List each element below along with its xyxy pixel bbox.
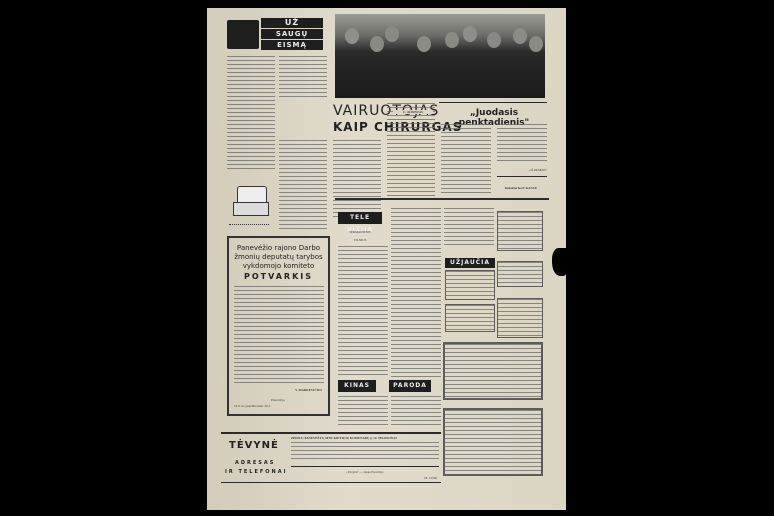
decree-place: Panevėžys, bbox=[234, 398, 322, 402]
feature-text-col2 bbox=[333, 140, 381, 220]
group-photo bbox=[335, 14, 545, 98]
tv-col2 bbox=[391, 208, 441, 378]
tv-banner: TELE VIZIJA bbox=[338, 212, 382, 224]
condolence-box-3 bbox=[497, 211, 543, 251]
article-right-col1 bbox=[441, 124, 491, 196]
cinema-text bbox=[338, 396, 388, 426]
page-damage bbox=[552, 248, 568, 276]
newspaper-page: UŽ SAUGŲ EISMĄ VAIRUOTOJAS KAIP CHIRURGA… bbox=[207, 8, 566, 510]
decree-date: 1971 m. gruodžio mėn. 20 d. bbox=[234, 404, 322, 408]
feature-byline: C. ALBINTAS bbox=[393, 110, 433, 114]
tv-col1 bbox=[338, 246, 388, 376]
cinema-banner: KINAS bbox=[338, 380, 376, 392]
footer-phones-label: IR TELEFONAI bbox=[225, 469, 287, 475]
footer-info: ZEDIJA: PANEVĖŽYS, MTP. KIETIŲJŲ KOMUNAR… bbox=[291, 436, 439, 440]
car-icon bbox=[227, 20, 259, 49]
footer-number: Nr. 10500 bbox=[397, 476, 437, 480]
logo-line3: EISMĄ bbox=[261, 40, 323, 50]
condolences-banner: UŽJAUČIA bbox=[445, 258, 495, 268]
condolence-box-1 bbox=[445, 270, 495, 300]
exhibition-text bbox=[391, 396, 441, 426]
tv-day-1: SEKMADIENIS bbox=[338, 230, 382, 234]
newspaper-name: TĖVYNĖ bbox=[229, 440, 279, 451]
footer-info-text bbox=[291, 442, 439, 460]
feature-text-col1 bbox=[279, 140, 327, 230]
decree-text bbox=[234, 286, 324, 386]
feature-text-col3 bbox=[387, 103, 435, 203]
article-right-signature: „IŠ RUSKOS" bbox=[497, 168, 547, 172]
footer-address-label: ADRESAS bbox=[235, 460, 275, 466]
broken-car-cartoon bbox=[229, 182, 269, 232]
article-right-col2 bbox=[497, 124, 547, 164]
decree-box: Panevėžio rajono Darbo žmonių deputatų t… bbox=[227, 236, 330, 416]
safe-traffic-logo: UŽ SAUGŲ EISMĄ bbox=[227, 18, 323, 51]
editor-line: Redaktorius P. KANCE bbox=[493, 186, 549, 190]
decree-title: POTVARKIS bbox=[229, 272, 328, 281]
decree-signed: V. MARKEVIČIUS bbox=[234, 388, 322, 392]
logo-line2: SAUGŲ bbox=[261, 29, 323, 39]
tv-col3 bbox=[444, 208, 494, 248]
decree-issuer-3: vykdomojo komiteto bbox=[229, 262, 328, 270]
decree-issuer-1: Panevėžio rajono Darbo bbox=[229, 244, 328, 252]
condolence-box-2 bbox=[445, 304, 495, 332]
notice-box-1 bbox=[443, 342, 543, 400]
exhibition-banner: PARODA bbox=[389, 380, 431, 392]
notice-box-2 bbox=[443, 408, 543, 476]
decree-issuer-2: žmonių deputatų tarybos bbox=[229, 253, 328, 261]
condolence-box-4 bbox=[497, 261, 543, 287]
condolence-box-5 bbox=[497, 298, 543, 338]
logo-line1: UŽ bbox=[261, 18, 323, 28]
left-column-text-2 bbox=[279, 56, 327, 98]
left-column-text bbox=[227, 56, 275, 171]
tv-channel: VILNIUS bbox=[338, 238, 382, 242]
footer-print: „Tėvynė" — spaus Pasvalyje bbox=[291, 470, 439, 474]
